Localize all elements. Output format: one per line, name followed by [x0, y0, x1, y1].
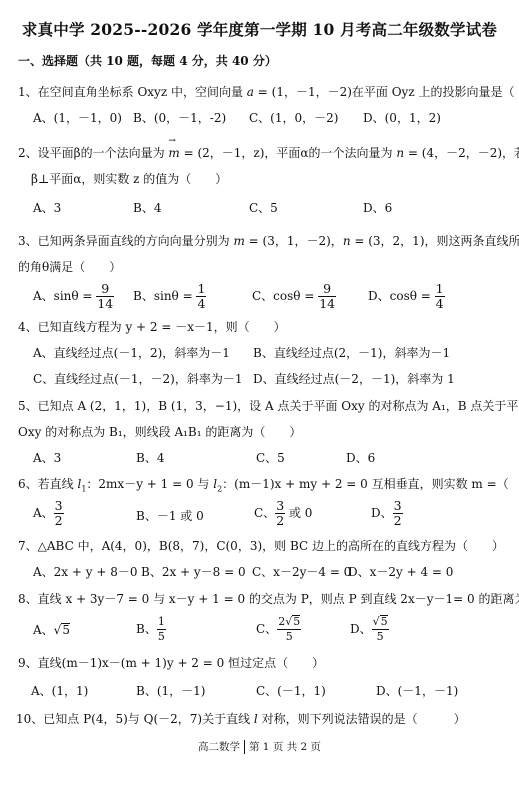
fraction: 15: [157, 615, 166, 644]
fraction: 2√55: [277, 615, 301, 644]
q1-option-c[interactable]: C、(1，0，－2): [249, 109, 338, 126]
q8-option-c[interactable]: C、2√55: [256, 615, 301, 644]
fraction: 32: [393, 499, 403, 528]
q9-option-a[interactable]: A、(1，1): [31, 682, 88, 699]
q4-option-b[interactable]: B、直线经过点(2，－1)，斜率为－1: [253, 344, 450, 361]
fraction: 914: [318, 282, 336, 311]
fraction: 14: [435, 282, 445, 311]
q3-option-a[interactable]: A、sinθ = 914: [33, 282, 114, 311]
question-3: 3、已知两条异面直线的方向向量分别为 m = (3，1，－2)，n = (3，2…: [18, 232, 519, 249]
question-2-line2: β⊥平面α，则实数 z 的值为（ ）: [31, 170, 227, 187]
fraction: √55: [372, 615, 389, 644]
q7-option-b[interactable]: B、2x + y－8 = 0: [141, 563, 246, 580]
footer-page-info: 第 1 页 共 2 页: [249, 741, 321, 753]
section-heading: 一、选择题（共 10 题，每题 4 分，共 40 分）: [18, 52, 277, 69]
footer-subject: 高二数学: [198, 741, 240, 753]
footer-divider: [244, 740, 245, 754]
question-5-line2: Oxy 的对称点为 B₁，则线段 A₁B₁ 的距离为（ ）: [18, 423, 301, 440]
q6-option-c[interactable]: C、32 或 0: [254, 499, 312, 528]
q4-option-a[interactable]: A、直线经过点(－1，2)，斜率为－1: [33, 344, 230, 361]
question-5: 5、已知点 A (2，1，1)，B (1，3，−1)，设 A 点关于平面 Oxy…: [18, 397, 519, 414]
q8-option-b[interactable]: B、15: [136, 615, 166, 644]
q1-option-b[interactable]: B、(0，－1，-2): [133, 109, 226, 126]
q3-option-c[interactable]: C、cosθ = 914: [252, 282, 336, 311]
exam-title: 求真中学 2025--2026 学年度第一学期 10 月考高二年级数学试卷: [0, 18, 519, 40]
q2-option-c[interactable]: C、5: [249, 199, 278, 216]
q7-option-a[interactable]: A、2x + y + 8－0: [33, 563, 138, 580]
question-7: 7、△ABC 中，A(4，0)，B(8，7)，C(0，3)，则 BC 边上的高所…: [18, 537, 504, 554]
q5-option-d[interactable]: D、6: [346, 449, 375, 466]
q6-option-d[interactable]: D、32: [371, 499, 403, 528]
question-2: 2、设平面β的一个法向量为 m = (2，－1，z)，平面α的一个法向量为 n …: [18, 144, 519, 161]
q5-option-a[interactable]: A、3: [33, 449, 61, 466]
q4-option-d[interactable]: D、直线经过点(－2，－1)，斜率为 1: [253, 370, 455, 387]
q2-option-d[interactable]: D、6: [363, 199, 392, 216]
q6-option-b[interactable]: B、－1 或 0: [136, 507, 204, 524]
q5-option-b[interactable]: B、4: [136, 449, 164, 466]
q2-option-b[interactable]: B、4: [133, 199, 161, 216]
vector-m: m: [168, 146, 179, 160]
fraction: 14: [196, 282, 206, 311]
question-4: 4、已知直线方程为 y + 2 = －x－1，则（ ）: [18, 318, 286, 335]
q5-option-c[interactable]: C、5: [256, 449, 285, 466]
q7-option-d[interactable]: D、x－2y + 4 = 0: [348, 563, 453, 580]
q2-option-a[interactable]: A、3: [33, 199, 61, 216]
question-6: 6、若直线 l1：2mx－y + 1 = 0 与 l2：(m－1)x + my …: [18, 475, 509, 493]
q8-option-d[interactable]: D、√55: [350, 615, 389, 644]
fraction: 32: [54, 499, 64, 528]
q8-option-a[interactable]: A、√5: [33, 621, 70, 638]
question-10: 10、已知点 P(4，5)与 Q(－2，7)关于直线 l 对称，则下列说法错误的…: [16, 710, 466, 727]
question-1: 1、在空间直角坐标系 Oxyz 中，空间向量 a = (1，－1，－2)在平面 …: [18, 83, 519, 100]
fraction: 32: [275, 499, 285, 528]
q7-option-c[interactable]: C、x－2y－4 = 0: [252, 563, 351, 580]
page-footer: 高二数学第 1 页 共 2 页: [0, 739, 519, 754]
q9-option-c[interactable]: C、(－1，1): [256, 682, 326, 699]
q1-option-d[interactable]: D、(0，1，2): [363, 109, 441, 126]
question-8: 8、直线 x + 3y－7 = 0 与 x－y + 1 = 0 的交点为 P，则…: [18, 590, 519, 607]
q3-option-b[interactable]: B、sinθ = 14: [133, 282, 206, 311]
q9-option-d[interactable]: D、(－1，－1): [376, 682, 458, 699]
q6-option-a[interactable]: A、32: [33, 499, 64, 528]
q4-option-c[interactable]: C、直线经过点(－1，－2)，斜率为－1: [33, 370, 242, 387]
q3-option-d[interactable]: D、cosθ = 14: [368, 282, 445, 311]
fraction: 914: [96, 282, 114, 311]
question-3-line2: 的角θ满足（ ）: [18, 258, 121, 275]
q1-option-a[interactable]: A、(1，－1，0): [33, 109, 122, 126]
question-9: 9、直线(m－1)x－(m + 1)y + 2 = 0 恒过定点（ ）: [18, 654, 324, 671]
q9-option-b[interactable]: B、(1，－1): [136, 682, 205, 699]
